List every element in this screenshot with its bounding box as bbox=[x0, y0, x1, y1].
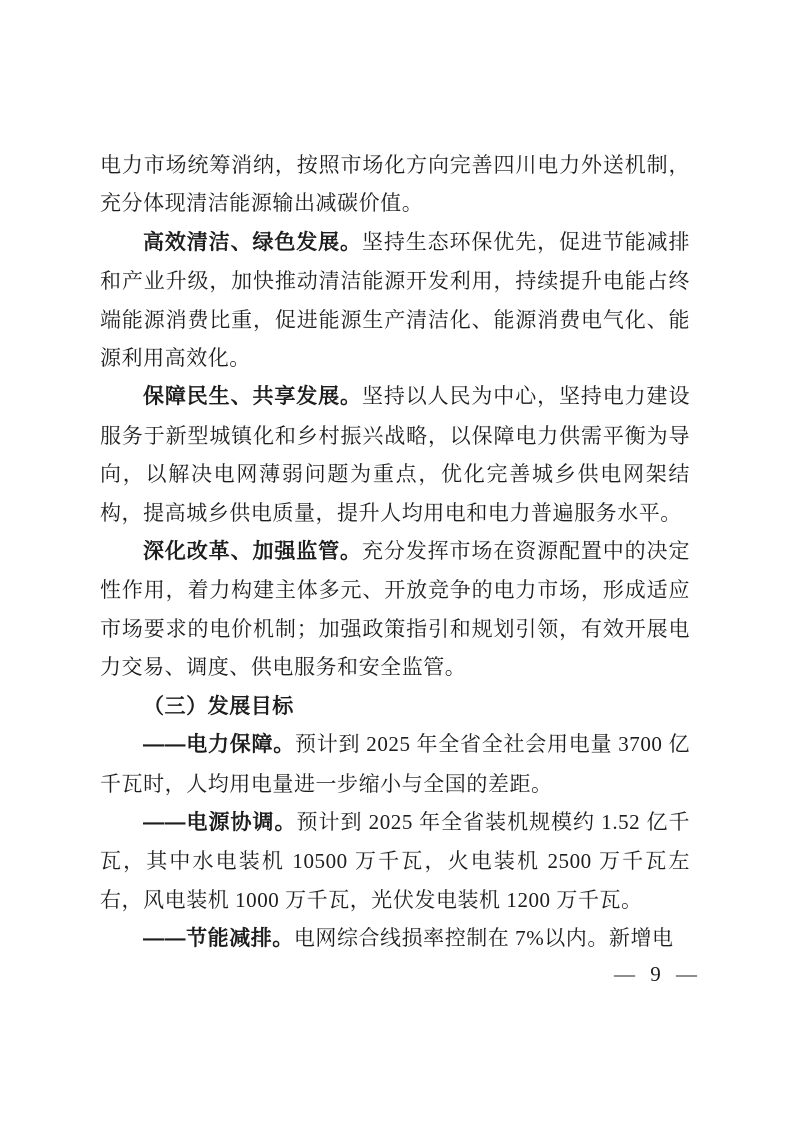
paragraph-principle-reform: 深化改革、加强监管。充分发挥市场在资源配置中的决定性作用，着力构建主体多元、开放… bbox=[100, 532, 690, 687]
section-heading-development-goals: （三）发展目标 bbox=[100, 687, 690, 725]
paragraph-goal-energy-saving: ——节能减排。电网综合线损率控制在 7%以内。新增电 bbox=[100, 919, 690, 958]
paragraph-lead: 高效清洁、绿色发展。 bbox=[143, 231, 362, 254]
paragraph-lead: 深化改革、加强监管。 bbox=[143, 540, 362, 563]
paragraph-lead: ——电源协调。 bbox=[143, 811, 296, 834]
section-heading-text: （三）发展目标 bbox=[143, 694, 294, 718]
paragraph-goal-power-supply: ——电力保障。预计到 2025 年全省全社会用电量 3700 亿千瓦时，人均用电… bbox=[100, 725, 690, 803]
paragraph-goal-source-coordination: ——电源协调。预计到 2025 年全省装机规模约 1.52 亿千瓦，其中水电装机… bbox=[100, 803, 690, 919]
paragraph-lead: ——电力保障。 bbox=[143, 733, 295, 756]
paragraph-lead: ——节能减排。 bbox=[143, 927, 294, 950]
paragraph-principle-livelihood: 保障民生、共享发展。坚持以人民为中心，坚持电力建设服务于新型城镇化和乡村振兴战略… bbox=[100, 377, 690, 532]
paragraph-principle-clean-development: 高效清洁、绿色发展。坚持生态环保优先，促进节能减排和产业升级，加快推动清洁能源开… bbox=[100, 223, 690, 378]
paragraph-lead: 保障民生、共享发展。 bbox=[143, 385, 362, 408]
document-body: 电力市场统筹消纳，按照市场化方向完善四川电力外送机制，充分体现清洁能源输出减碳价… bbox=[100, 146, 690, 959]
paragraph-market-consumption: 电力市场统筹消纳，按照市场化方向完善四川电力外送机制，充分体现清洁能源输出减碳价… bbox=[100, 146, 690, 223]
paragraph-text: 电网综合线损率控制在 7%以内。新增电 bbox=[294, 926, 674, 950]
document-page: 电力市场统筹消纳，按照市场化方向完善四川电力外送机制，充分体现清洁能源输出减碳价… bbox=[0, 0, 794, 1123]
page-number: — 9 — bbox=[614, 962, 698, 987]
paragraph-text: 电力市场统筹消纳，按照市场化方向完善四川电力外送机制，充分体现清洁能源输出减碳价… bbox=[100, 153, 690, 215]
